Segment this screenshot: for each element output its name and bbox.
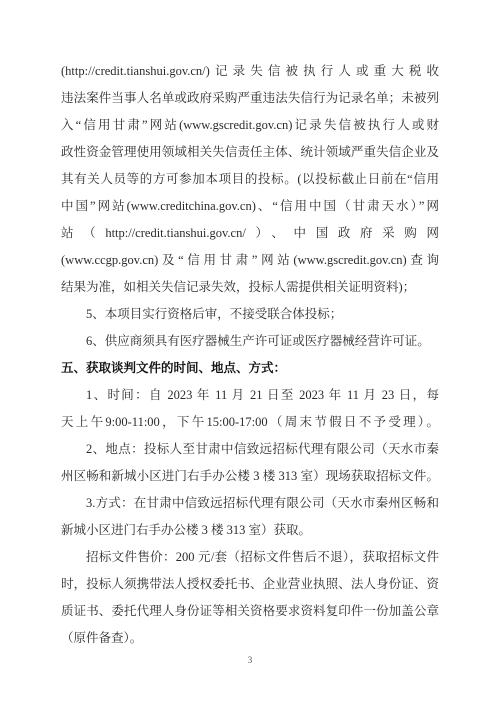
doc-line: 新城小区进门右手办公楼 3 楼 313 室）获取。	[61, 517, 439, 544]
doc-line: 结果为准，如相关失信记录失效，投标人需提供相关证明资料)；	[61, 274, 439, 301]
doc-line: 时，投标人须携带法人授权委托书、企业营业执照、法人身份证、资	[61, 571, 439, 598]
doc-line: (www.ccgp.gov.cn)及“信用甘肃”网站(www.gscredit.…	[61, 247, 439, 274]
doc-line: 违法案件当事人名单或政府采购严重违法失信行为记录名单；未被列	[61, 85, 439, 112]
doc-line-item-6: 6、供应商须具有医疗器械生产许可证或医疗器械经营许可证。	[61, 328, 439, 355]
doc-line-item-1: 1、时间：自 2023 年 11 月 21 日至 2023 年 11 月 23 …	[61, 382, 439, 409]
doc-line-price: 招标文件售价：200 元/套（招标文件售后不退），获取招标文件	[61, 544, 439, 571]
doc-line-item-3: 3.方式：在甘肃中信致远招标代理有限公司（天水市秦州区畅和	[61, 490, 439, 517]
doc-line: 天上午9:00-11:00，下午15:00-17:00（周末节假日不予受理）。	[61, 409, 439, 436]
document-body: (http://credit.tianshui.gov.cn/)记录失信被执行人…	[0, 0, 500, 652]
page-number: 3	[0, 654, 500, 666]
doc-line: (http://credit.tianshui.gov.cn/)记录失信被执行人…	[61, 58, 439, 85]
doc-line-item-5: 5、本项目实行资格后审，不接受联合体投标；	[61, 301, 439, 328]
doc-line: 政性资金管理使用领域相关失信责任主体、统计领域严重失信企业及	[61, 139, 439, 166]
doc-line: 质证书、委托代理人身份证等相关资格要求资料复印件一份加盖公章	[61, 598, 439, 625]
doc-line: 中国”网站(www.creditchina.gov.cn)、“信用中国（甘肃天水…	[61, 193, 439, 220]
doc-line: 其有关人员等的方可参加本项目的投标。(以投标截止日前在“信用	[61, 166, 439, 193]
doc-line: （原件备查）。	[61, 625, 439, 652]
section-heading: 五、获取谈判文件的时间、地点、方式：	[61, 355, 439, 382]
document-page: (http://credit.tianshui.gov.cn/)记录失信被执行人…	[0, 0, 500, 706]
doc-line: 站（http://credit.tianshui.gov.cn/）、中国政府采购…	[61, 220, 439, 247]
doc-line: 州区畅和新城小区进门右手办公楼 3 楼 313 室）现场获取招标文件。	[61, 463, 439, 490]
doc-line: 入“信用甘肃”网站(www.gscredit.gov.cn)记录失信被执行人或财	[61, 112, 439, 139]
doc-line-item-2: 2、地点：投标人至甘肃中信致远招标代理有限公司（天水市秦	[61, 436, 439, 463]
